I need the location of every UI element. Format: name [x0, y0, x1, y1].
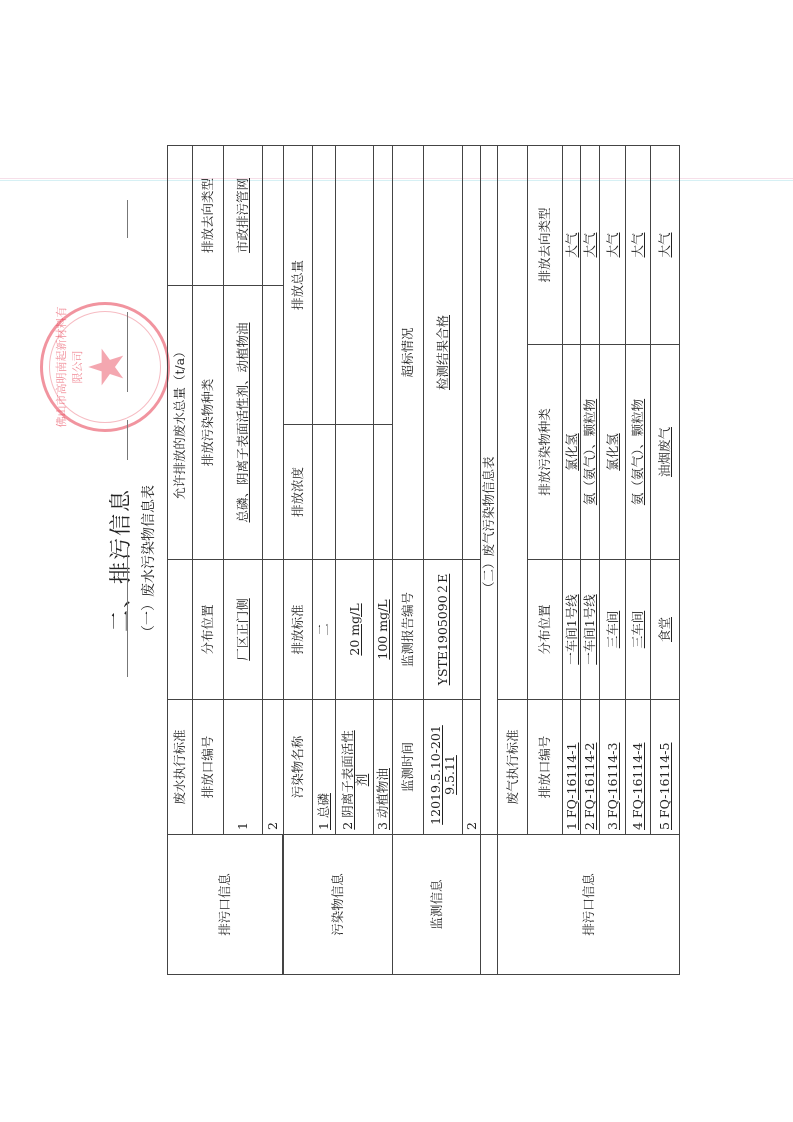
header-gas-location: 分布位置: [527, 559, 563, 700]
header-monitor-time: 监测时间: [392, 699, 424, 835]
table-row-exceed: 检测结果合格: [423, 145, 463, 560]
divider: [127, 200, 128, 238]
table-row-pollutant-name: 1 总磷: [312, 699, 336, 835]
divider: [127, 312, 128, 392]
header-discharge-type: 排放去向类型: [192, 145, 224, 286]
table-row-total: [335, 145, 374, 425]
company-seal: 佛山市高明南起新材料有限公司 ★: [40, 302, 170, 432]
page-heading: 二、排污信息: [104, 460, 135, 660]
table-row-gas-location: 三车间: [625, 559, 651, 700]
rotated-page: 二、排污信息 （一）废水污染物信息表 佛山市高明南起新材料有限公司 ★ 排污口信…: [0, 0, 793, 1122]
pollutant-section-label: 污染物信息: [283, 834, 393, 975]
table-row-total: [373, 145, 393, 425]
header-pollutant-name: 污染物名称: [283, 699, 313, 835]
table-row-report-no: [462, 559, 481, 700]
wastewater-table-title: （一）废水污染物信息表: [138, 432, 158, 692]
table-row-pollutant-types: [262, 285, 284, 560]
table-row-outlet-no: 1: [223, 699, 263, 835]
table-row-exceed: [462, 145, 481, 560]
table-row-gas-pollutant-types: 氯化氢: [562, 344, 581, 560]
header-outlet-no: 排放口编号: [192, 699, 224, 835]
table-row-discharge-type: [262, 145, 284, 286]
table-row-gas-location: 食堂: [650, 559, 680, 700]
allowed-total-label: 允许排放的废水总量（t/a）: [167, 285, 193, 560]
table-row-concentration: [373, 424, 393, 560]
table-row-total: [312, 145, 336, 425]
table-row-gas-location: 一车间1号线: [580, 559, 600, 700]
waste-gas-standard-value: [497, 145, 528, 700]
table-row-gas-outlet-no: 1 FQ-16114-1: [562, 699, 581, 835]
table-row-outlet-no: 2: [262, 699, 284, 835]
waste-gas-standard-label: 废气执行标准: [497, 699, 528, 835]
header-gas-outlet-no: 排放口编号: [527, 699, 563, 835]
table-row-monitor-time: 2: [462, 699, 481, 835]
header-concentration: 排放浓度: [283, 424, 313, 560]
table-row-report-no: YSTE1905090２E: [423, 559, 463, 700]
table-row-gas-pollutant-types: 氯化氢: [599, 344, 626, 560]
table-row-discharge-type: 市政排污管网: [223, 145, 263, 286]
table-row-standard: 20 mg/L: [335, 559, 374, 700]
table-row-location: 厂区正门侧: [223, 559, 263, 700]
table-row-pollutant-types: 总磷、阴离子表面活性剂、动植物油: [223, 285, 263, 560]
table-row-gas-pollutant-types: 氨（氨气）、颗粒物: [580, 344, 600, 560]
wastewater-standard-label: 废水执行标准: [167, 699, 193, 835]
table-row-gas-location: 一车间1号线: [562, 559, 581, 700]
table-row-gas-pollutant-types: 氨（氨气）、颗粒物: [625, 344, 651, 560]
divider: [127, 420, 128, 460]
wastewater-standard-value: [167, 559, 193, 700]
header-gas-discharge-type: 排放去向类型: [527, 145, 563, 345]
table-row-gas-outlet-no: 3 FQ-16114-3: [599, 699, 626, 835]
table-row-pollutant-name: 2 阴离子表面活性剂: [335, 699, 374, 835]
waste-gas-table-title: （二）废气污染物信息表: [480, 145, 498, 835]
header-pollutant-types: 排放污染物种类: [192, 285, 224, 560]
header-total: 排放总量: [283, 145, 313, 425]
table-row-gas-outlet-no: 4 FQ-16114-4: [625, 699, 651, 835]
table-row-standard: 100 mg/L: [373, 559, 393, 700]
allowed-total-value: [167, 145, 193, 286]
header-location: 分布位置: [192, 559, 224, 700]
table-row-gas-discharge-type: 大气: [580, 145, 600, 345]
table-row-location: [262, 559, 284, 700]
table-row-gas-location: 三车间: [599, 559, 626, 700]
header-report-no: 监测报告编号: [392, 559, 424, 700]
table-row-concentration: [312, 424, 336, 560]
table-row-gas-discharge-type: 大气: [650, 145, 680, 345]
table-row-concentration: [335, 424, 374, 560]
table-row-gas-discharge-type: 大气: [625, 145, 651, 345]
wastewater-section-label: 排污口信息: [167, 834, 283, 975]
table-row-gas-outlet-no: 2 FQ-16114-2: [580, 699, 600, 835]
table-row-monitor-time: 12019.5.10-2019.5.11: [423, 699, 463, 835]
table-row-gas-discharge-type: 大气: [562, 145, 581, 345]
table-row-gas-outlet-no: 5 FQ-16114-5: [650, 699, 680, 835]
table-row-standard: 二: [312, 559, 336, 700]
header-exceed: 超标情况: [392, 145, 424, 560]
waste-gas-section-label: 排污口信息: [497, 834, 680, 975]
monitoring-section-label: 监测信息: [392, 834, 481, 975]
header-gas-pollutant-types: 排放污染物种类: [527, 344, 563, 560]
table-row-gas-pollutant-types: 油烟废气: [650, 344, 680, 560]
table-row-pollutant-name: 3 动植物油: [373, 699, 393, 835]
table-row-gas-discharge-type: 大气: [599, 145, 626, 345]
header-standard: 排放标准: [283, 559, 313, 700]
divider: [127, 547, 128, 677]
waste-gas-title-row: [480, 834, 498, 975]
